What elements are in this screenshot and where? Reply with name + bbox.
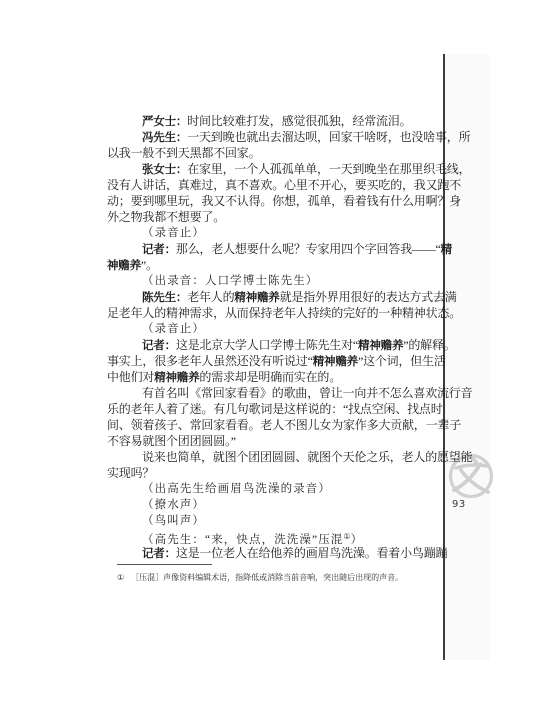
body-line: 实现吗？ xyxy=(107,465,443,481)
body-line: 没有人讲话，真难过，真不喜欢。心里不开心，要买吃的，我又跑不 xyxy=(107,177,443,193)
body-line: 严女士：时间比较难打发，感觉很孤独，经常流泪。 xyxy=(107,113,443,129)
text-run: 就是指外界用很好的表达方式去满 xyxy=(280,290,457,304)
text-run: 外之物我都不想要了。 xyxy=(107,210,225,224)
text-run: （录音止） xyxy=(142,227,205,239)
body-line: 不容易就图个团团圆圆。” xyxy=(107,433,443,449)
text-run: 在家里，一个人孤孤单单，一天到晚坐在那里织毛线， xyxy=(187,162,470,176)
text-run: 记者： xyxy=(142,340,176,352)
text-run: ”这个词，但生活 xyxy=(358,354,446,368)
text-run: ”。 xyxy=(141,258,158,272)
body-line: 张女士：在家里，一个人孤孤单单，一天到晚坐在那里织毛线， xyxy=(107,161,443,177)
footnote: ①［压混］声像资料编辑术语，指降低或消除当前音响，突出随后出现的声音。 xyxy=(117,572,437,583)
body-line: 冯先生：一天到晚也就出去溜达呗，回家干啥呀，也没啥事，所 xyxy=(107,129,443,145)
body-line: 记者：那么，老人想要什么呢？专家用四个字回答我——“精 xyxy=(107,241,443,257)
text-run: 冯先生： xyxy=(142,132,187,144)
body-line: 陈先生：老年人的精神赡养就是指外界用很好的表达方式去满 xyxy=(107,289,443,305)
text-run: 不容易就图个团团圆圆。” xyxy=(107,434,236,448)
text-run: 以我一般不到天黑都不回家。 xyxy=(107,146,260,160)
text-run: 说来也简单，就图个团团圆圆、就图个天伦之乐，老人的愿望能 xyxy=(142,450,472,464)
text-run: （撩水声） xyxy=(142,499,205,511)
text-run: （出高先生给画眉鸟洗澡的录音） xyxy=(142,483,331,495)
text-run: 实现吗？ xyxy=(107,466,154,480)
text-run: （鸟叫声） xyxy=(142,515,205,527)
body-line: 乐的老年人着了迷。有几句歌词是这样说的：“找点空闲、找点时 xyxy=(107,401,443,417)
body-line: （高先生：“来，快点，洗洗澡”压混①） xyxy=(107,529,443,545)
text-run: 老年人的 xyxy=(187,290,234,304)
body-line: 说来也简单，就图个团团圆圆、就图个天伦之乐，老人的愿望能 xyxy=(107,449,443,465)
text-run: 记者： xyxy=(142,548,176,560)
text-run: 精神赡养 xyxy=(234,292,279,304)
body-line: 中他们对精神赡养的需求却是明确而实在的。 xyxy=(107,369,443,385)
text-run: 间、领着孩子、常回家看看。老人不图儿女为家作多大贡献，一辈子 xyxy=(107,418,461,432)
body-line: 事实上，很多老年人虽然还没有听说过“精神赡养”这个词，但生活 xyxy=(107,353,443,369)
body-line: （出录音：人口学博士陈先生） xyxy=(107,273,443,289)
body-line: （鸟叫声） xyxy=(107,513,443,529)
text-run: 那么，老人想要什么呢？专家用四个字回答我——“ xyxy=(176,242,441,256)
text-run: ① xyxy=(343,532,350,541)
body-line: 记者：这是一位老人在给他养的画眉鸟洗澡。看着小鸟蹦蹦 xyxy=(107,545,443,561)
text-run: ”的解释。 xyxy=(403,338,455,352)
book-page: 93 严女士：时间比较难打发，感觉很孤独，经常流泪。冯先生：一天到晚也就出去溜达… xyxy=(0,0,550,711)
text-run: 张女士： xyxy=(142,164,187,176)
body-line: （录音止） xyxy=(107,321,443,337)
body-line: （出高先生给画眉鸟洗澡的录音） xyxy=(107,481,443,497)
footnote-marker: ① xyxy=(117,573,124,582)
text-run: 精神赡养 xyxy=(313,356,358,368)
footnote-divider xyxy=(117,564,212,565)
body-line: （撩水声） xyxy=(107,497,443,513)
text-run: 有首名叫《常回家看看》的歌曲，曾让一向并不怎么喜欢流行音 xyxy=(142,386,472,400)
text-run: 没有人讲话，真难过，真不喜欢。心里不开心，要买吃的，我又跑不 xyxy=(107,178,461,192)
footnote-text: ［压混］声像资料编辑术语，指降低或消除当前音响，突出随后出现的声音。 xyxy=(131,573,403,582)
page-number: 93 xyxy=(452,499,466,510)
text-run: 精 xyxy=(441,244,452,256)
text-run: 精神赡养 xyxy=(358,340,403,352)
body-line: 外之物我都不想要了。 xyxy=(107,209,443,225)
body-line: （录音止） xyxy=(107,225,443,241)
text-run: 时间比较难打发，感觉很孤独，经常流泪。 xyxy=(187,114,411,128)
text-run: 一天到晚也就出去溜达呗，回家干啥呀，也没啥事，所 xyxy=(187,130,470,144)
text-run: 严女士： xyxy=(142,116,187,128)
body-line: 足老年人的精神需求，从而保持老年人持续的完好的一种精神状态。 xyxy=(107,305,443,321)
body-line: 神赡养”。 xyxy=(107,257,443,273)
text-run: （出录音：人口学博士陈先生） xyxy=(142,275,318,287)
text-run: 神赡养 xyxy=(107,260,141,272)
text-run: 的需求却是明确而实在的。 xyxy=(199,370,341,384)
text-run: 精神赡养 xyxy=(154,372,199,384)
text-run: 足老年人的精神需求，从而保持老年人持续的完好的一种精神状态。 xyxy=(107,306,461,320)
body-line: 以我一般不到天黑都不回家。 xyxy=(107,145,443,161)
text-run: 中他们对 xyxy=(107,370,154,384)
text-run: 这是一位老人在给他养的画眉鸟洗澡。看着小鸟蹦蹦 xyxy=(176,546,447,560)
body-text: 严女士：时间比较难打发，感觉很孤独，经常流泪。冯先生：一天到晚也就出去溜达呗，回… xyxy=(107,113,443,561)
body-line: 动；要到哪里玩，我又不认得。你想，孤单，看着钱有什么用啊？身 xyxy=(107,193,443,209)
text-run: 这是北京大学人口学博士陈先生对“ xyxy=(176,338,358,352)
text-run: 记者： xyxy=(142,244,176,256)
body-line: 有首名叫《常回家看看》的歌曲，曾让一向并不怎么喜欢流行音 xyxy=(107,385,443,401)
body-line: 记者：这是北京大学人口学博士陈先生对“精神赡养”的解释。 xyxy=(107,337,443,353)
text-run: （录音止） xyxy=(142,323,205,335)
body-line: 间、领着孩子、常回家看看。老人不图儿女为家作多大贡献，一辈子 xyxy=(107,417,443,433)
text-run: 动；要到哪里玩，我又不认得。你想，孤单，看着钱有什么用啊？身 xyxy=(107,194,461,208)
text-run: 陈先生： xyxy=(142,292,187,304)
text-run: 乐的老年人着了迷。有几句歌词是这样说的：“找点空闲、找点时 xyxy=(107,402,443,416)
text-run: 事实上，很多老年人虽然还没有听说过“ xyxy=(107,354,313,368)
